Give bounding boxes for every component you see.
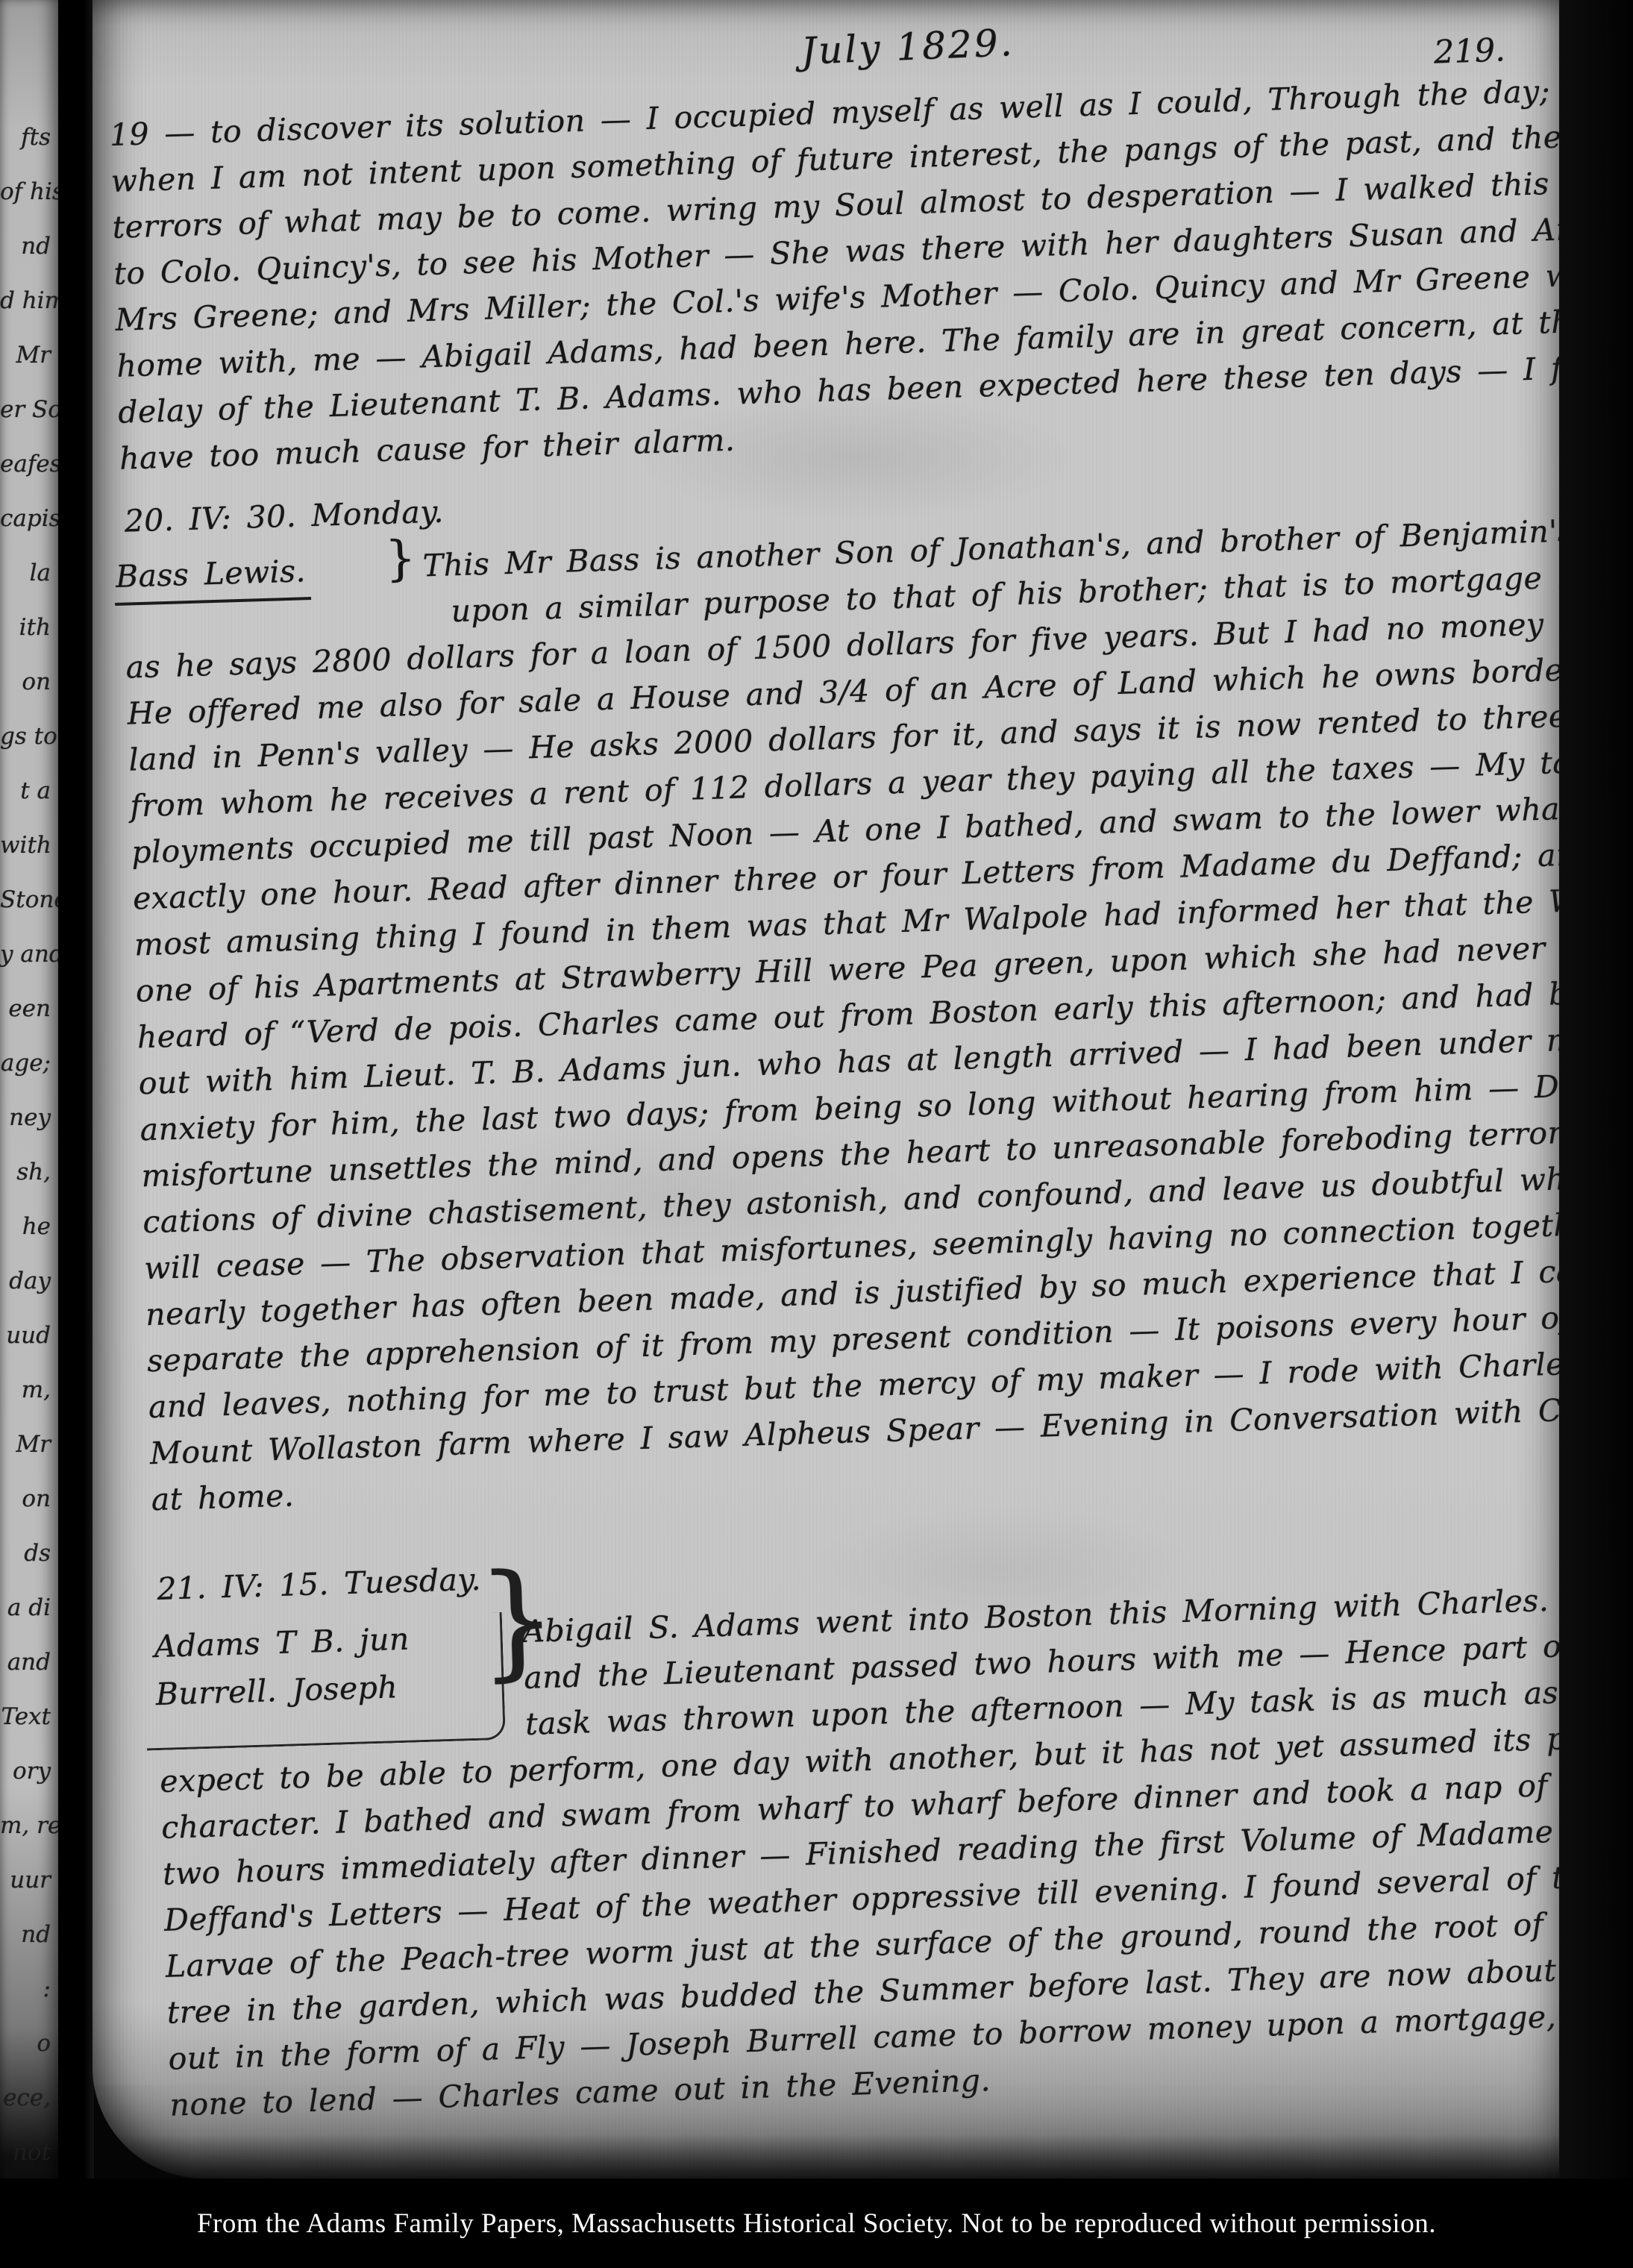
text-line: ece, (0, 2071, 58, 2126)
copyright-text: From the Adams Family Papers, Massachuse… (197, 2208, 1436, 2240)
entry-july-21: 21. IV: 15. Tuesday. Adams T B. jun Burr… (154, 1522, 1559, 2128)
text-line: gs to (0, 709, 58, 764)
text-line: age; (0, 1036, 58, 1091)
text-line: uur (0, 1853, 58, 1908)
text-line: ney (0, 1091, 58, 1145)
text-line: y and (0, 927, 58, 982)
text-line: ory (0, 1744, 58, 1799)
entry-body: Bass Lewis. } This Mr Bass is another So… (122, 508, 1559, 1523)
text-line: capis (0, 492, 58, 546)
text-line: een (0, 982, 58, 1036)
book-gutter (58, 0, 94, 2178)
text-line: sh, (0, 1145, 58, 1200)
text-line: not (0, 2126, 58, 2178)
text-line: of his (0, 165, 58, 219)
text-line: Mr (0, 1417, 58, 1472)
text-line: Mr (0, 328, 58, 383)
brace-mark: } (385, 536, 417, 583)
entry-lines: This Mr Bass is another Son of Jonathan'… (122, 508, 1559, 1523)
entry-july-19: 19 — to discover its solution — I occupi… (109, 68, 1559, 482)
manuscript-body: 19 — to discover its solution — I occupi… (109, 68, 1559, 2128)
text-line: : (0, 1962, 58, 2017)
month-year-heading: July 1829. (800, 21, 1015, 73)
text-line: day (0, 1254, 58, 1309)
text-line: he (0, 1200, 58, 1254)
entry-july-20: 20. IV: 30. Monday. Bass Lewis. } This M… (121, 454, 1559, 1523)
entry-body: Adams T B. jun Burrell. Joseph } Abigail… (155, 1576, 1559, 2128)
text-line: t a (0, 764, 58, 818)
text-line: eafes (0, 437, 58, 492)
margin-name-burrell-joseph: Burrell. Joseph (145, 1660, 503, 1719)
text-line: ds (0, 1526, 58, 1581)
text-line: with (0, 818, 58, 873)
copyright-footer: From the Adams Family Papers, Massachuse… (0, 2178, 1633, 2268)
manuscript-scan: ftsof hisndd him,Mrer Soneafescapislaith… (0, 0, 1633, 2268)
margin-names-box: Adams T B. jun Burrell. Joseph (143, 1612, 506, 1751)
text-line: m, ree (0, 1799, 58, 1853)
brace-mark: } (477, 1596, 558, 1644)
entry-lines: 19 — to discover its solution — I occupi… (109, 68, 1559, 482)
text-line: m, (0, 1363, 58, 1417)
text-line: fts (0, 110, 58, 165)
margin-name-bass-lewis: Bass Lewis. (113, 548, 311, 606)
text-line: Text (0, 1690, 58, 1744)
text-line: o (0, 2017, 58, 2071)
text-line: la (0, 546, 58, 601)
diary-page: July 1829. 219. 19 — to discover its sol… (93, 0, 1559, 2178)
facing-page-edge: ftsof hisndd him,Mrer Soneafescapislaith… (0, 0, 58, 2178)
page-number: 219. (1433, 31, 1505, 71)
text-line: nd (0, 219, 58, 274)
text-line: ith (0, 601, 58, 655)
text-line: on (0, 655, 58, 709)
text-line: Stone (0, 873, 58, 927)
text-line: uud (0, 1309, 58, 1363)
text-line: er Son (0, 383, 58, 437)
text-line: on (0, 1472, 58, 1526)
text-line: d him, (0, 274, 58, 328)
text-line: nd (0, 1908, 58, 1962)
text-line: a di (0, 1581, 58, 1635)
text-line: and (0, 1635, 58, 1690)
scan-right-edge (1559, 0, 1633, 2178)
